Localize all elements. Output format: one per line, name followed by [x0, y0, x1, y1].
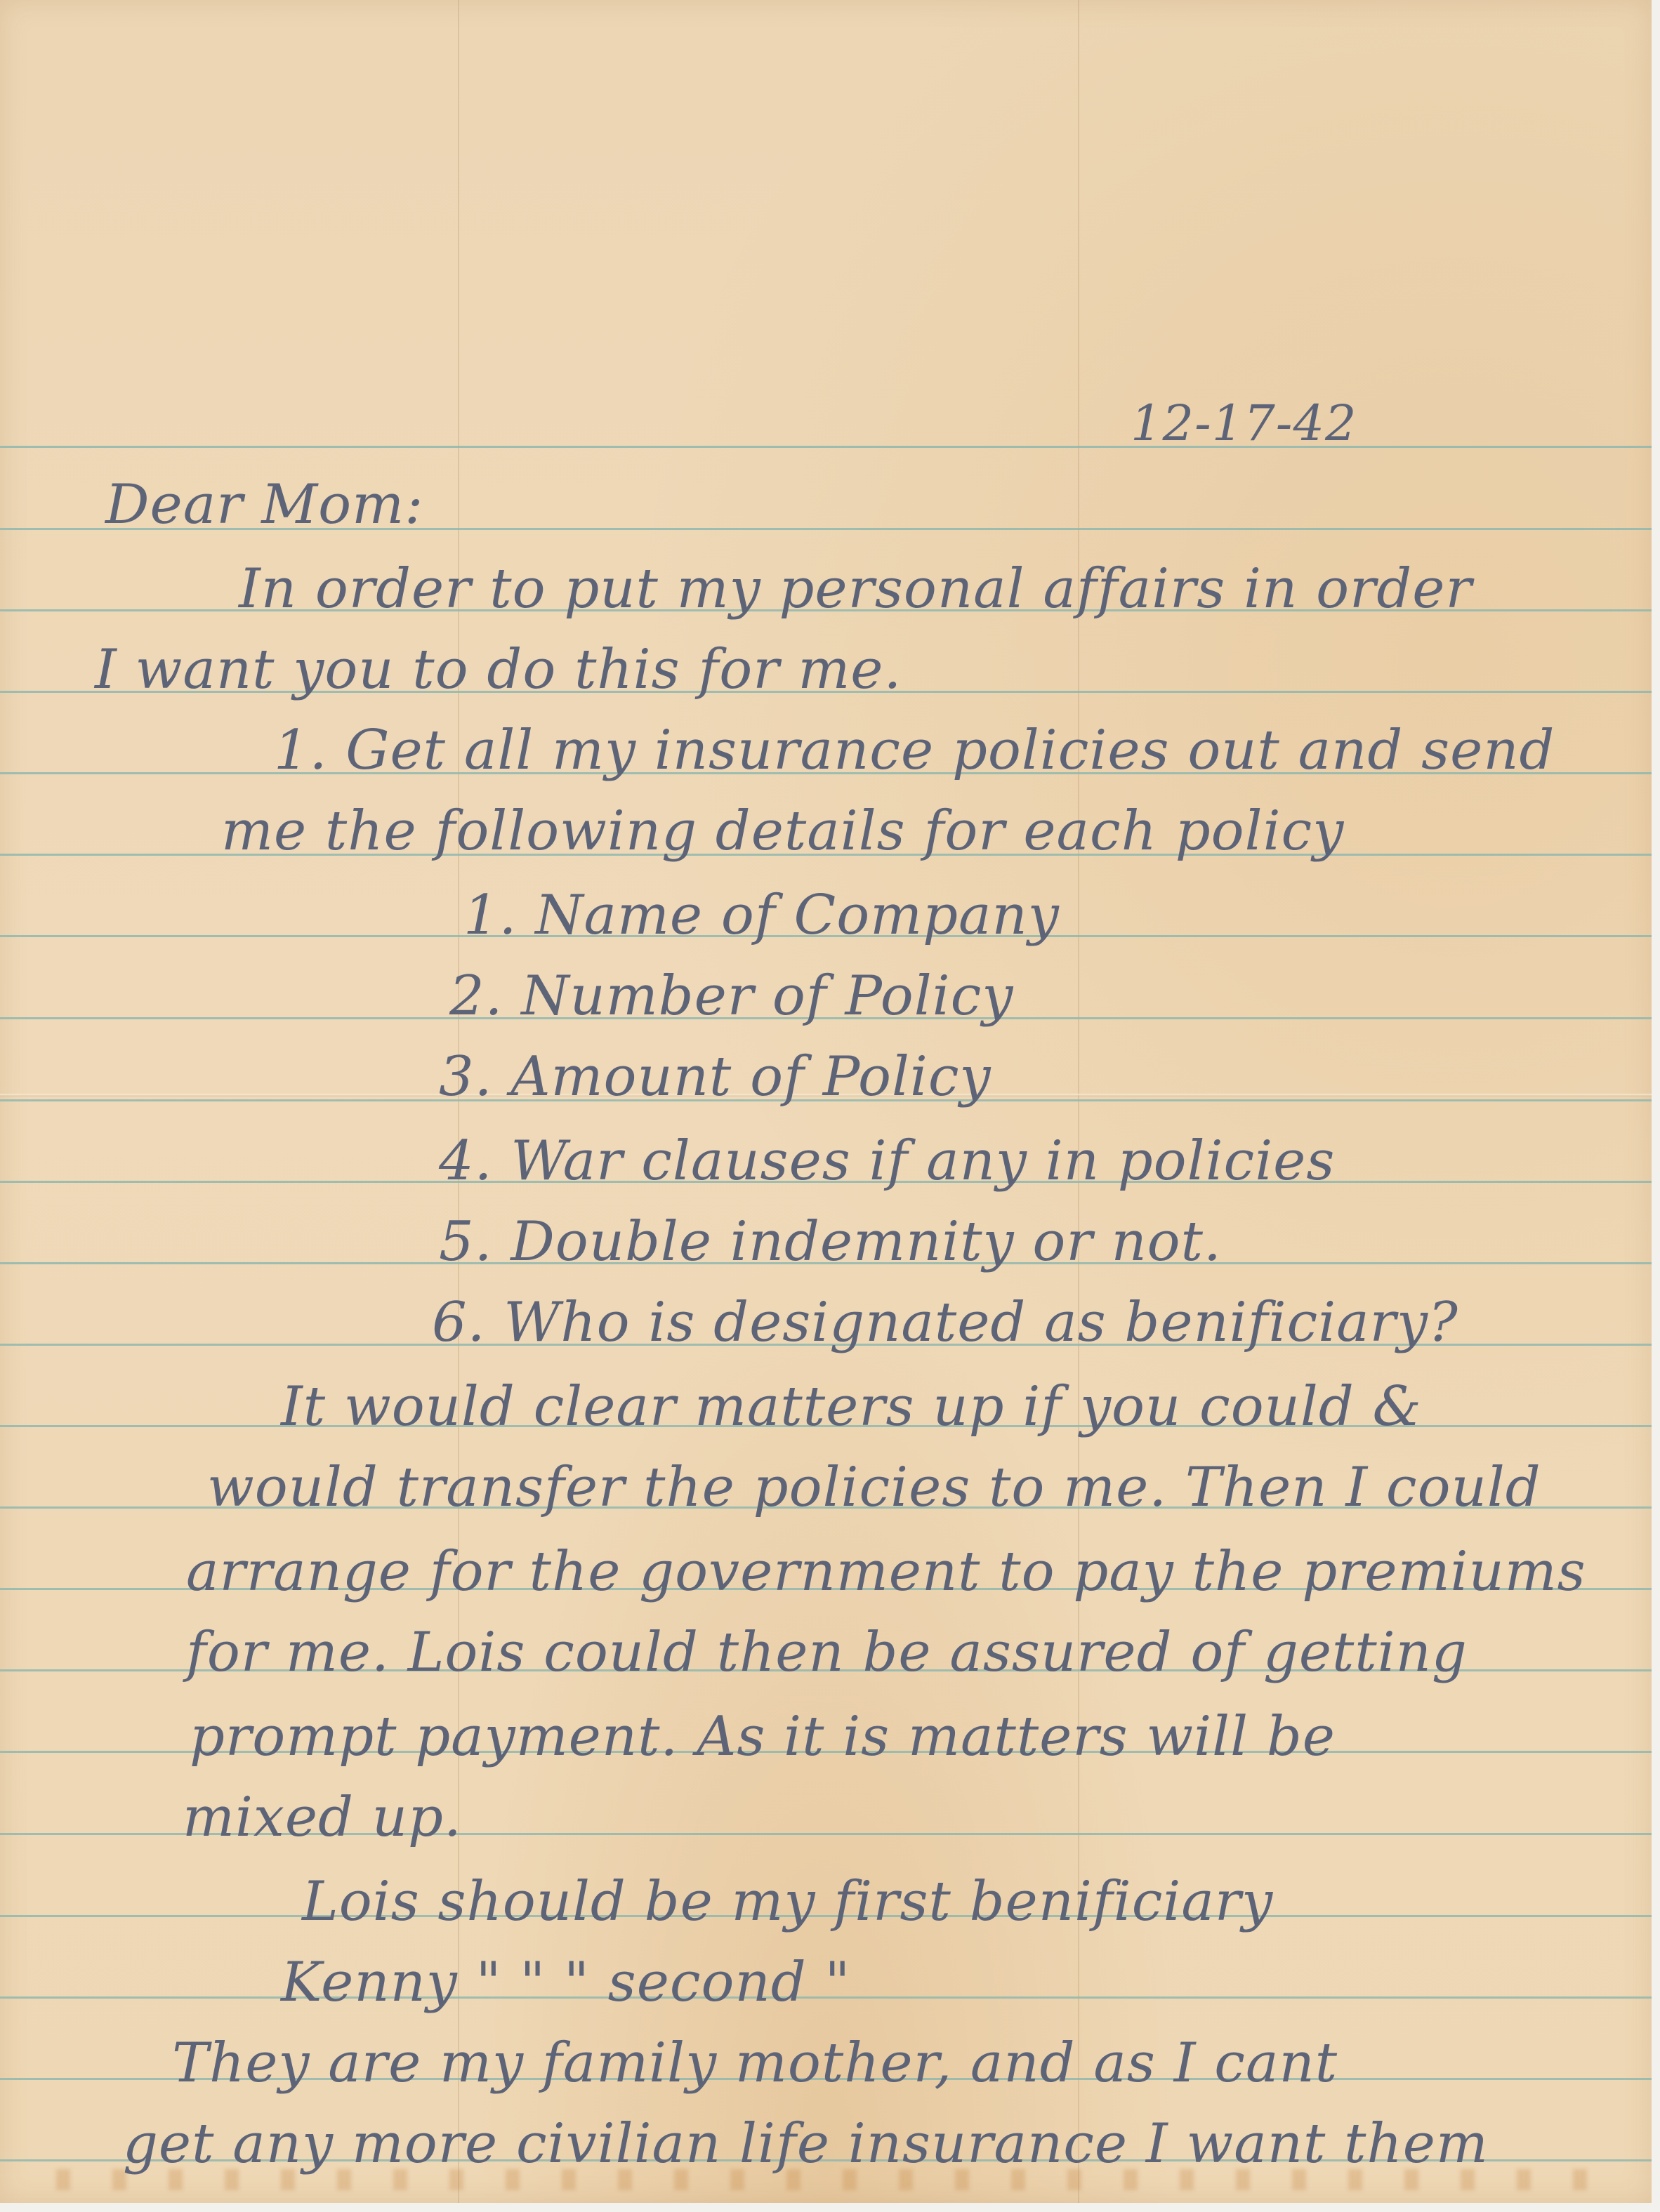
- letter-line: arrange for the government to pay the pr…: [186, 1544, 1586, 1599]
- letter-line: Kenny " " " second ": [281, 1955, 850, 2010]
- letter-line: Lois should be my first benificiary: [302, 1874, 1273, 1929]
- letter-line: I want you to do this for me.: [95, 642, 902, 697]
- list-item: 4. War clauses if any in policies: [439, 1134, 1335, 1188]
- letter-date: 12-17-42: [1131, 399, 1357, 448]
- rule-line: [0, 446, 1652, 448]
- list-item: 2. Number of Policy: [449, 969, 1013, 1024]
- letter-line: me the following details for each policy: [221, 804, 1344, 859]
- letter-line: In order to put my personal affairs in o…: [239, 562, 1473, 616]
- salutation: Dear Mom:: [105, 477, 423, 532]
- letter-paper: 12-17-42 Dear Mom: In order to put my pe…: [0, 0, 1652, 2203]
- letter-line: They are my family mother, and as I cant: [172, 2036, 1338, 2091]
- letter-line: mixed up.: [183, 1790, 462, 1845]
- letter-line: prompt payment. As it is matters will be: [190, 1709, 1336, 1764]
- list-item: 6. Who is designated as benificiary?: [432, 1295, 1458, 1350]
- letter-line: for me. Lois could then be assured of ge…: [186, 1625, 1468, 1680]
- list-item: 3. Amount of Policy: [439, 1049, 992, 1104]
- letter-line: would transfer the policies to me. Then …: [207, 1460, 1541, 1515]
- letter-line: It would clear matters up if you could &: [281, 1379, 1422, 1434]
- list-item: 5. Double indemnity or not.: [439, 1214, 1222, 1269]
- letter-line: get any more civilian life insurance I w…: [123, 2117, 1489, 2171]
- letter-line: 1. Get all my insurance policies out and…: [274, 723, 1555, 778]
- list-item: 1. Name of Company: [463, 888, 1060, 943]
